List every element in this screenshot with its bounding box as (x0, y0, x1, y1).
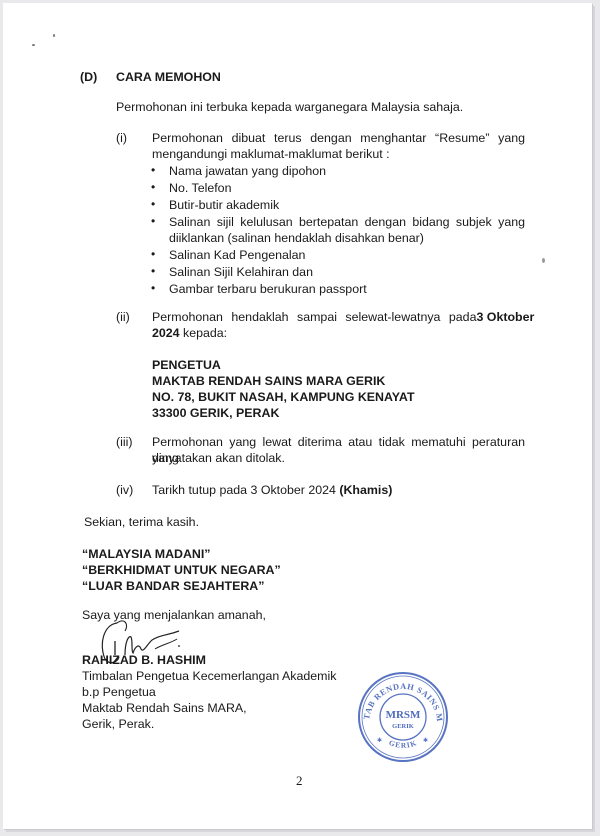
signatory-line: b.p Pengetua (82, 685, 156, 701)
item-i-line1: Permohonan dibuat terus dengan menghanta… (152, 131, 525, 147)
item-ii-text: Permohonan hendaklah sampai selewat-lewa… (152, 310, 476, 326)
motto-line: “BERKHIDMAT UNTUK NEGARA” (82, 563, 281, 579)
bullet-icon: • (151, 264, 155, 278)
scan-speck (542, 258, 545, 263)
bullet-item-continuation: diiklankan (salinan hendaklah disahkan b… (169, 231, 424, 247)
document-page: (D) CARA MEMOHON Permohonan ini terbuka … (3, 3, 592, 829)
bullet-icon: • (151, 197, 155, 211)
official-stamp: MAKTAB RENDAH SAINS MARA GERIK ✱ ✱ MRSM … (355, 669, 451, 765)
intro-text: Permohonan ini terbuka kepada warganegar… (116, 100, 463, 116)
item-marker-iii: (iii) (116, 435, 133, 451)
page-number: 2 (296, 773, 303, 789)
signatory-line: Maktab Rendah Sains MARA, (82, 701, 247, 717)
address-line: NO. 78, BUKIT NASAH, KAMPUNG KENAYAT (152, 390, 415, 406)
stamp-center-bottom: GERIK (392, 723, 414, 730)
bullet-icon: • (151, 247, 155, 261)
scan-speck (32, 44, 35, 46)
address-line: PENGETUA (152, 358, 221, 374)
bullet-item: Salinan sijil kelulusan bertepatan denga… (169, 215, 525, 231)
stamp-center-top: MRSM (386, 709, 421, 721)
closing-text: Sekian, terima kasih. (84, 515, 199, 531)
closing-date-text: Tarikh tutup pada 3 Oktober 2024 (Khamis… (152, 483, 392, 499)
bullet-item: Salinan Kad Pengenalan (169, 248, 305, 264)
bullet-icon: • (151, 180, 155, 194)
closing-date-label: Tarikh tutup pada 3 Oktober 2024 (152, 483, 339, 497)
section-label: (D) (80, 70, 97, 86)
address-line: MAKTAB RENDAH SAINS MARA GERIK (152, 374, 385, 390)
bullet-icon: • (151, 163, 155, 177)
item-marker-ii: (ii) (116, 310, 130, 326)
svg-text:✱: ✱ (377, 737, 382, 744)
item-i-line2: mengandungi maklumat-maklumat berikut : (152, 147, 390, 163)
item-iii-line2: dinyatakan akan ditolak. (152, 451, 285, 467)
bullet-item: Nama jawatan yang dipohon (169, 164, 326, 180)
address-line: 33300 GERIK, PERAK (152, 406, 279, 422)
bullet-item: Gambar terbaru berukuran passport (169, 282, 367, 298)
svg-text:✱: ✱ (423, 737, 428, 744)
signatory-title: Timbalan Pengetua Kecemerlangan Akademik (82, 669, 336, 685)
item-marker-i: (i) (116, 131, 127, 147)
motto-line: “MALAYSIA MADANI” (82, 547, 211, 563)
scan-speck (53, 34, 55, 37)
closing-day: (Khamis) (339, 483, 392, 497)
item-ii-line1: Permohonan hendaklah sampai selewat-lewa… (152, 310, 525, 326)
bullet-icon: • (151, 281, 155, 295)
bullet-item: No. Telefon (169, 181, 231, 197)
bullet-item: Salinan Sijil Kelahiran dan (169, 265, 313, 281)
bullet-icon: • (151, 214, 155, 228)
item-ii-text-2: kepada: (180, 326, 228, 340)
signatory-name: RAHIZAD B. HASHIM (82, 653, 206, 669)
deadline-year: 2024 (152, 326, 180, 340)
item-marker-iv: (iv) (116, 483, 133, 499)
signatory-line: Gerik, Perak. (82, 717, 154, 733)
motto-line: “LUAR BANDAR SEJAHTERA” (82, 579, 264, 595)
deadline-date: 3 Oktober (476, 310, 534, 326)
item-ii-line2: 2024 kepada: (152, 326, 227, 342)
section-title: CARA MEMOHON (116, 70, 221, 86)
bullet-item: Butir-butir akademik (169, 198, 279, 214)
